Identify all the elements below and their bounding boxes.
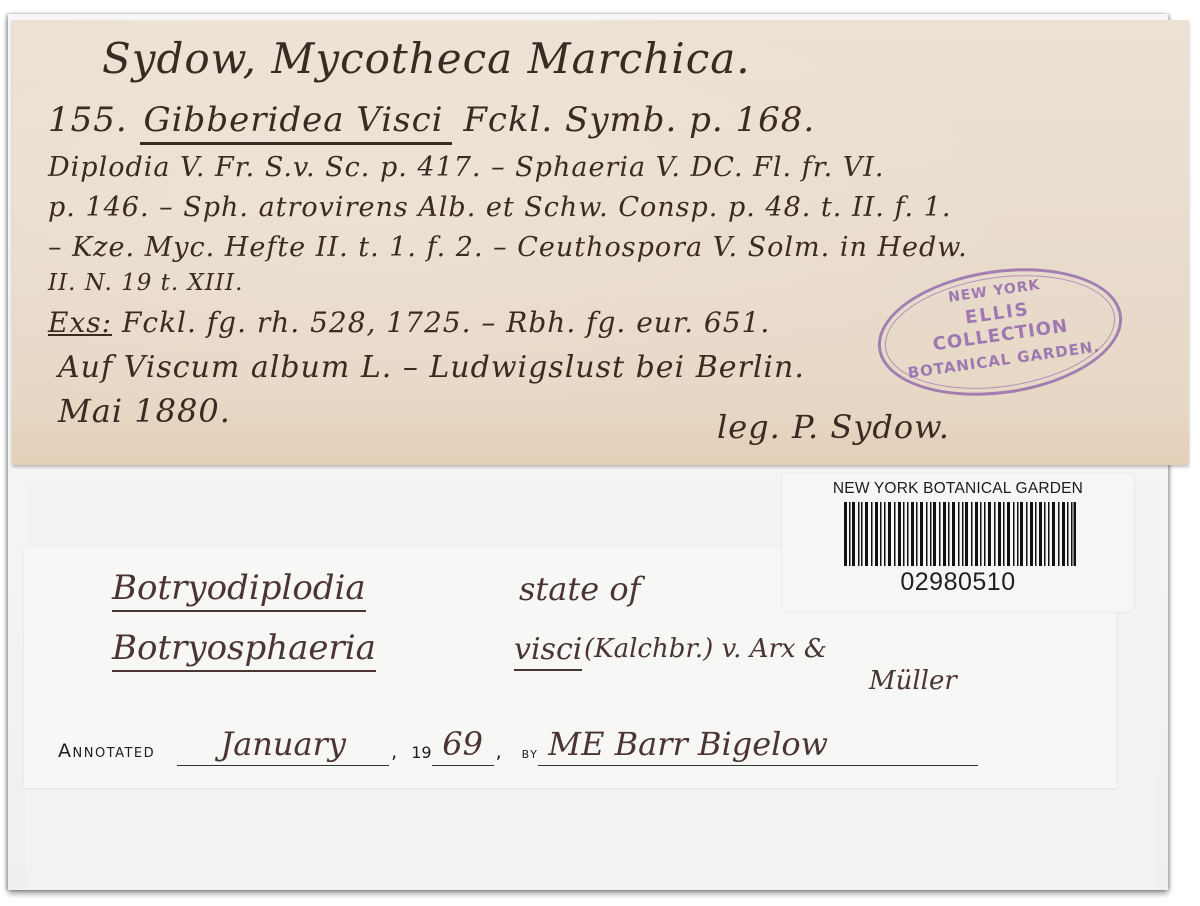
exs-label: Exs: (48, 306, 112, 339)
state-of-text: state of (519, 570, 640, 608)
synonymy-line-4: II. N. 19 t. XIII. (48, 270, 243, 296)
by-label: by (522, 743, 539, 766)
anamorph-genus: Botryodiplodia (112, 568, 366, 612)
stamp-line-4: BOTANICAL GARDEN. (884, 334, 1124, 385)
barcode-label: NEW YORK BOTANICAL GARDEN (782, 474, 1134, 612)
collection-date: Mai 1880. (58, 392, 231, 430)
annotation-date-row: Annotated January , 19 69 , by ME Barr B… (58, 726, 978, 766)
teleomorph-genus: Botryosphaeria (112, 628, 376, 672)
authors-line-1: (Kalchbr.) v. Arx & (584, 634, 827, 664)
stamp-line-3: COLLECTION (880, 308, 1121, 362)
species-epithet: visci (514, 632, 582, 671)
synonymy-line-3: – Kze. Myc. Hefte II. t. 1. f. 2. – Ceut… (48, 232, 968, 263)
synonymy-line-2: p. 146. – Sph. atrovirens Alb. et Schw. … (48, 192, 951, 223)
authors-line-2: Müller (869, 666, 957, 696)
species-line: 155. Gibberidea Visci Fckl. Symb. p. 168… (48, 100, 815, 140)
annotation-month: January (177, 725, 389, 766)
species-authority: Fckl. Symb. p. 168. (463, 100, 815, 140)
species-name: Gibberidea Visci (140, 100, 452, 145)
annotator-name: ME Barr Bigelow (538, 725, 978, 766)
comma-separator: , (494, 741, 508, 766)
specimen-sheet: Botryodiplodia state of Botryosphaeria v… (0, 0, 1200, 906)
synonymy-line-1: Diplodia V. Fr. S.v. Sc. p. 417. – Sphae… (48, 152, 884, 183)
stamp-line-1: NEW YORK (874, 267, 1114, 316)
comma-separator: , (389, 741, 403, 766)
annotation-year: 69 (432, 725, 494, 766)
exs-text: Fckl. fg. rh. 528, 1725. – Rbh. fg. eur.… (122, 306, 770, 339)
exsiccata-number: 155. (48, 100, 128, 140)
host-locality: Auf Viscum album L. – Ludwigslust bei Be… (58, 350, 805, 385)
institution-name: NEW YORK BOTANICAL GARDEN (782, 480, 1134, 498)
barcode-icon (844, 502, 1076, 566)
exsiccata-label: Sydow, Mycotheca Marchica. 155. Gibberid… (12, 20, 1189, 465)
exsiccatae-line: Exs: Fckl. fg. rh. 528, 1725. – Rbh. fg.… (48, 306, 770, 339)
series-title: Sydow, Mycotheca Marchica. (102, 34, 751, 83)
year-prefix: 19 (411, 743, 431, 766)
ellis-collection-stamp: NEW YORK ELLIS COLLECTION BOTANICAL GARD… (870, 253, 1131, 410)
annotated-label: Annotated (58, 740, 155, 766)
collector: leg. P. Sydow. (717, 408, 950, 446)
barcode-number: 02980510 (782, 568, 1134, 597)
